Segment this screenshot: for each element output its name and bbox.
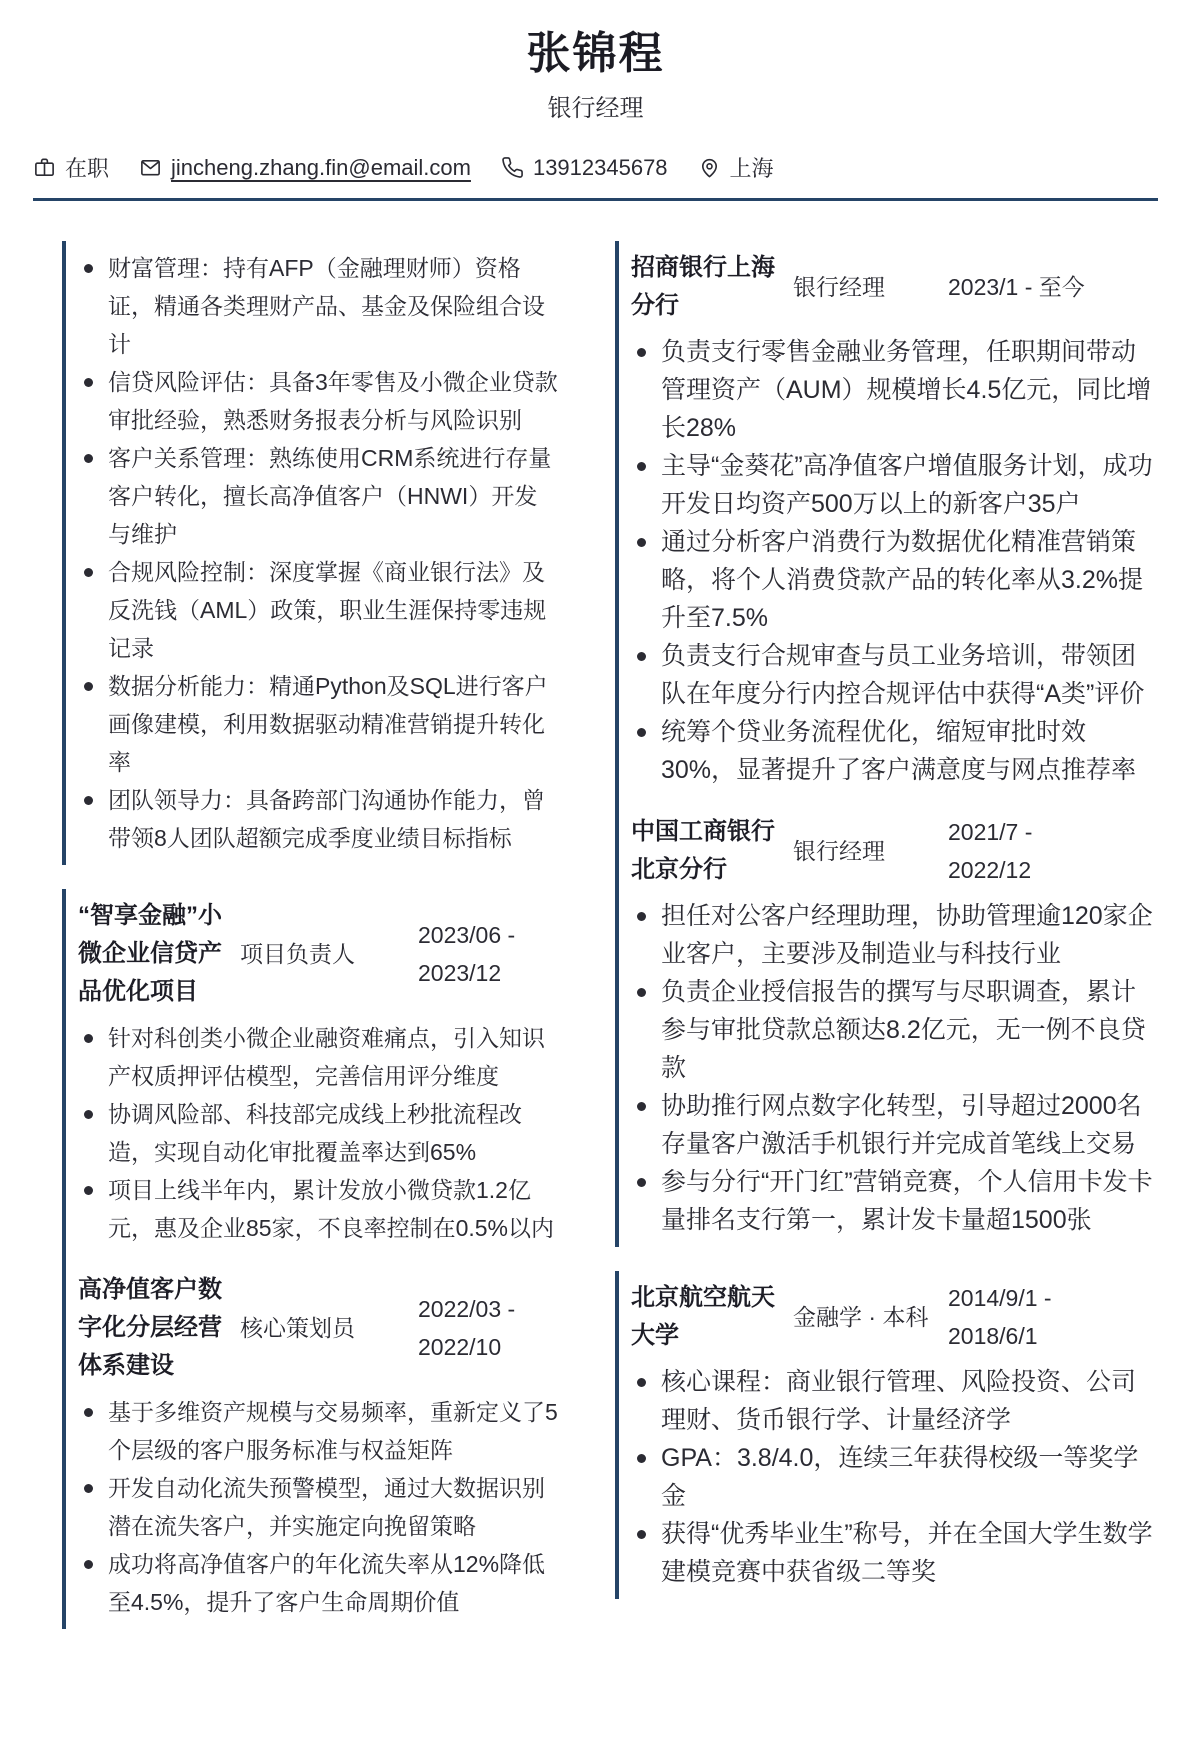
project-dates: 2023/06 -2023/12 [418,916,558,992]
bullet-item: 参与分行“开门红”营销竞赛，个人信用卡发卡量排名支行第一，累计发卡量超1500张 [631,1163,1158,1239]
project-role: 项目负责人 [230,935,418,973]
bullet-item: 获得“优秀毕业生”称号，并在全国大学生数学建模竞赛中获省级二等奖 [631,1515,1158,1591]
bullet-item: 数据分析能力：精通Python及SQL进行客户画像建模，利用数据驱动精准营销提升… [78,667,558,781]
bullet-item: 通过分析客户消费行为数据优化精准营销策略，将个人消费贷款产品的转化率从3.2%提… [631,523,1158,637]
bullet-item: 项目上线半年内，累计发放小微贷款1.2亿元，惠及企业85家，不良率控制在0.5%… [78,1171,558,1247]
date-line: 2023/12 [418,954,558,992]
bullet-item: 团队领导力：具备跨部门沟通协作能力，曾带领8人团队超额完成季度业绩目标指标 [78,781,558,857]
project-bullets: 针对科创类小微企业融资难痛点，引入知识产权质押评估模型，完善信用评分维度协调风险… [78,1019,558,1247]
project-header: “智享金融”小微企业信贷产品优化项目项目负责人2023/06 -2023/12 [78,897,558,1011]
contact-email[interactable]: jincheng.zhang.fin@email.com [139,155,471,181]
contact-phone-label: 13912345678 [533,155,668,181]
bullet-item: 主导“金葵花”高净值客户增值服务计划，成功开发日均资产500万以上的新客户35户 [631,447,1158,523]
experience-dates: 2023/1 - 至今 [948,268,1158,306]
contact-status-label: 在职 [65,152,109,183]
project-header: 高净值客户数字化分层经营体系建设核心策划员2022/03 -2022/10 [78,1271,558,1385]
date-line: 2023/1 - 至今 [948,268,1158,306]
experience-bullets: 担任对公客户经理助理，协助管理逾120家企业客户，主要涉及制造业与科技行业负责企… [631,897,1158,1239]
project-dates: 2022/03 -2022/10 [418,1290,558,1366]
education-header: 北京航空航天大学金融学 · 本科2014/9/1 -2018/6/1 [631,1279,1158,1355]
experience-entry: 中国工商银行北京分行银行经理2021/7 -2022/12担任对公客户经理助理，… [631,813,1158,1239]
bullet-item: 负责企业授信报告的撰写与尽职调查，累计参与审批贷款总额达8.2亿元，无一例不良贷… [631,973,1158,1087]
date-line: 2022/10 [418,1328,558,1366]
experience-header: 招商银行上海分行银行经理2023/1 - 至今 [631,249,1158,325]
education-section: 北京航空航天大学金融学 · 本科2014/9/1 -2018/6/1核心课程：商… [615,1271,1158,1599]
project-title: 高净值客户数字化分层经营体系建设 [78,1271,230,1385]
date-line: 2018/6/1 [948,1317,1158,1355]
mail-icon [139,156,162,179]
bullet-item: 统筹个贷业务流程优化，缩短审批时效30%，显著提升了客户满意度与网点推荐率 [631,713,1158,789]
contact-phone[interactable]: 13912345678 [501,155,668,181]
bullet-item: 协调风险部、科技部完成线上秒批流程改造，实现自动化审批覆盖率达到65% [78,1095,558,1171]
person-name: 张锦程 [0,26,1191,81]
contact-email-label: jincheng.zhang.fin@email.com [171,155,471,181]
experience-section: 招商银行上海分行银行经理2023/1 - 至今负责支行零售金融业务管理，任职期间… [615,241,1158,1247]
project-bullets: 基于多维资产规模与交易频率，重新定义了5个层级的客户服务标准与权益矩阵开发自动化… [78,1393,558,1621]
bullet-item: 协助推行网点数字化转型，引导超过2000名存量客户激活手机银行并完成首笔线上交易 [631,1087,1158,1163]
experience-role: 银行经理 [783,268,948,306]
project-entry: “智享金融”小微企业信贷产品优化项目项目负责人2023/06 -2023/12针… [78,897,558,1247]
projects-section: “智享金融”小微企业信贷产品优化项目项目负责人2023/06 -2023/12针… [62,889,558,1629]
project-entry: 高净值客户数字化分层经营体系建设核心策划员2022/03 -2022/10基于多… [78,1271,558,1621]
left-column: 财富管理：持有AFP（金融理财师）资格证，精通各类理财产品、基金及保险组合设计信… [62,241,558,1629]
experience-title: 招商银行上海分行 [631,249,783,325]
phone-icon [501,156,524,179]
bullet-item: 担任对公客户经理助理，协助管理逾120家企业客户，主要涉及制造业与科技行业 [631,897,1158,973]
date-line: 2021/7 - [948,813,1158,851]
person-job-title: 银行经理 [0,93,1191,124]
experience-bullets: 负责支行零售金融业务管理，任职期间带动管理资产（AUM）规模增长4.5亿元，同比… [631,333,1158,789]
project-role: 核心策划员 [230,1309,418,1347]
education-bullets: 核心课程：商业银行管理、风险投资、公司理财、货币银行学、计量经济学GPA：3.8… [631,1363,1158,1591]
bullet-item: 基于多维资产规模与交易频率，重新定义了5个层级的客户服务标准与权益矩阵 [78,1393,558,1469]
bullet-item: 成功将高净值客户的年化流失率从12%降低至4.5%，提升了客户生命周期价值 [78,1545,558,1621]
date-line: 2022/03 - [418,1290,558,1328]
experience-dates: 2021/7 -2022/12 [948,813,1158,889]
skills-list: 财富管理：持有AFP（金融理财师）资格证，精通各类理财产品、基金及保险组合设计信… [78,249,558,857]
contact-row: 在职jincheng.zhang.fin@email.com1391234567… [0,152,1191,183]
right-column: 招商银行上海分行银行经理2023/1 - 至今负责支行零售金融业务管理，任职期间… [615,241,1158,1629]
experience-role: 银行经理 [783,832,948,870]
experience-entry: 招商银行上海分行银行经理2023/1 - 至今负责支行零售金融业务管理，任职期间… [631,249,1158,789]
experience-title: 中国工商银行北京分行 [631,813,783,889]
bullet-item: 针对科创类小微企业融资难痛点，引入知识产权质押评估模型，完善信用评分维度 [78,1019,558,1095]
education-dates: 2014/9/1 -2018/6/1 [948,1279,1158,1355]
contact-status: 在职 [33,152,109,183]
education-entry: 北京航空航天大学金融学 · 本科2014/9/1 -2018/6/1核心课程：商… [631,1279,1158,1591]
bullet-item: 核心课程：商业银行管理、风险投资、公司理财、货币银行学、计量经济学 [631,1363,1158,1439]
contact-location-label: 上海 [730,152,774,183]
bullet-item: GPA：3.8/4.0，连续三年获得校级一等奖学金 [631,1439,1158,1515]
date-line: 2014/9/1 - [948,1279,1158,1317]
project-title: “智享金融”小微企业信贷产品优化项目 [78,897,230,1011]
bullet-item: 信贷风险评估：具备3年零售及小微企业贷款审批经验，熟悉财务报表分析与风险识别 [78,363,558,439]
bullet-item: 开发自动化流失预警模型，通过大数据识别潜在流失客户，并实施定向挽留策略 [78,1469,558,1545]
resume-page: 张锦程 银行经理 在职jincheng.zhang.fin@email.com1… [0,0,1191,1757]
contact-location: 上海 [698,152,774,183]
location-icon [698,156,721,179]
bullet-item: 负责支行零售金融业务管理，任职期间带动管理资产（AUM）规模增长4.5亿元，同比… [631,333,1158,447]
bullet-item: 负责支行合规审查与员工业务培训，带领团队在年度分行内控合规评估中获得“A类”评价 [631,637,1158,713]
date-line: 2022/12 [948,851,1158,889]
education-title: 北京航空航天大学 [631,1279,783,1355]
skills-section: 财富管理：持有AFP（金融理财师）资格证，精通各类理财产品、基金及保险组合设计信… [62,241,558,865]
experience-header: 中国工商银行北京分行银行经理2021/7 -2022/12 [631,813,1158,889]
briefcase-icon [33,156,56,179]
education-role: 金融学 · 本科 [783,1298,948,1336]
bullet-item: 合规风险控制：深度掌握《商业银行法》及反洗钱（AML）政策，职业生涯保持零违规记… [78,553,558,667]
resume-header: 张锦程 银行经理 在职jincheng.zhang.fin@email.com1… [0,0,1191,183]
bullet-item: 客户关系管理：熟练使用CRM系统进行存量客户转化，擅长高净值客户（HNWI）开发… [78,439,558,553]
date-line: 2023/06 - [418,916,558,954]
bullet-item: 财富管理：持有AFP（金融理财师）资格证，精通各类理财产品、基金及保险组合设计 [78,249,558,363]
resume-body: 财富管理：持有AFP（金融理财师）资格证，精通各类理财产品、基金及保险组合设计信… [0,201,1191,1629]
